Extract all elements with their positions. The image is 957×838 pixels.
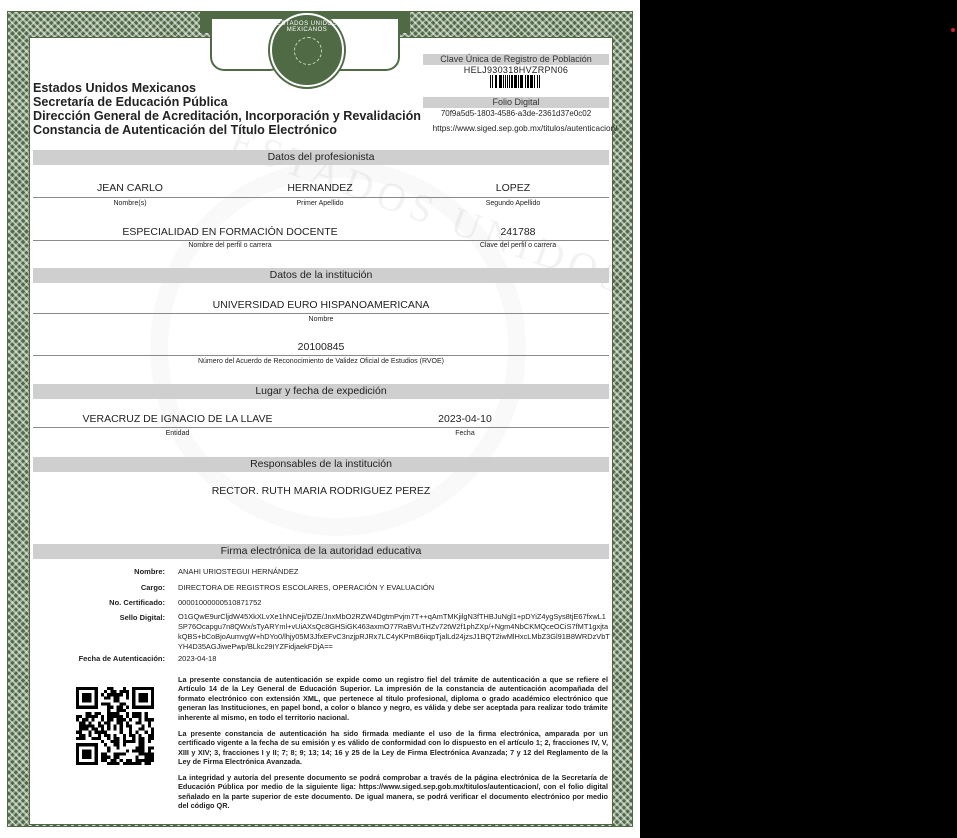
institucion-nombre-value: UNIVERSIDAD EURO HISPANOAMERICANA bbox=[33, 299, 609, 311]
nombre-label: Nombre(s) bbox=[60, 200, 200, 207]
section-institucion: Datos de la institución bbox=[33, 268, 609, 283]
qr-code-icon[interactable] bbox=[76, 687, 154, 765]
section-responsables: Responsables de la institución bbox=[33, 457, 609, 472]
rvoe-label: Número del Acuerdo de Reconocimiento de … bbox=[33, 358, 609, 365]
folio-block: Folio Digital 70f9a5d5-1803-4586-a3de-23… bbox=[423, 97, 609, 120]
issuer-titles: Estados Unidos Mexicanos Secretaría de E… bbox=[33, 81, 421, 137]
fecha-expedicion-label: Fecha bbox=[400, 430, 530, 437]
curp-label: Clave Única de Registro de Población bbox=[423, 54, 609, 65]
primer-apellido-label: Primer Apellido bbox=[250, 200, 390, 207]
entidad-value: VERACRUZ DE IGNACIO DE LA LLAVE bbox=[60, 413, 295, 425]
institucion-nombre-label: Nombre bbox=[33, 316, 609, 323]
verification-url[interactable]: https://www.siged.sep.gob.mx/titulos/aut… bbox=[410, 124, 640, 133]
fecha-expedicion-value: 2023-04-10 bbox=[400, 413, 530, 425]
curp-value: HELJ930318HVZRPN06 bbox=[423, 65, 609, 75]
segundo-apellido-value: LOPEZ bbox=[443, 182, 583, 194]
primer-apellido-value: HERNANDEZ bbox=[250, 182, 390, 194]
national-seal: ESTADOS UNIDOS MEXICANOS bbox=[200, 11, 410, 86]
legal-paragraph-2: La presente constancia de autenticación … bbox=[178, 729, 608, 767]
divider bbox=[33, 197, 609, 198]
document-page: ESTADOS UNIDOS MEXICANOS ESTADOS UNIDOS … bbox=[0, 0, 640, 838]
firma-fecha-value: 2023-04-18 bbox=[178, 654, 216, 663]
curp-block: Clave Única de Registro de Población HEL… bbox=[423, 54, 609, 88]
firma-certificado-label: No. Certificado: bbox=[109, 598, 165, 607]
directorate-title: Dirección General de Acreditación, Incor… bbox=[33, 109, 421, 123]
secretariat-title: Secretaría de Educación Pública bbox=[33, 95, 421, 109]
divider bbox=[33, 313, 609, 314]
segundo-apellido-label: Segundo Apellido bbox=[443, 200, 583, 207]
divider bbox=[33, 427, 609, 428]
firma-fecha-label: Fecha de Autenticación: bbox=[79, 654, 165, 663]
section-expedicion: Lugar y fecha de expedición bbox=[33, 384, 609, 399]
qr-code-graphic bbox=[76, 687, 154, 765]
nombre-value: JEAN CARLO bbox=[60, 182, 200, 194]
legal-paragraph-1: La presente constancia de autenticación … bbox=[178, 675, 608, 722]
document-title: Constancia de Autenticación del Título E… bbox=[33, 123, 421, 137]
section-profesionista: Datos del profesionista bbox=[33, 150, 609, 165]
folio-label: Folio Digital bbox=[423, 97, 609, 108]
clave-carrera-label: Clave del perfil o carrera bbox=[443, 242, 593, 249]
rvoe-value: 20100845 bbox=[33, 341, 609, 353]
carrera-value: ESPECIALIDAD EN FORMACIÓN DOCENTE bbox=[100, 226, 360, 238]
barcode-icon bbox=[461, 75, 571, 88]
eagle-seal-icon: ESTADOS UNIDOS MEXICANOS bbox=[270, 13, 344, 87]
firma-certificado-value: 00001000000510871752 bbox=[178, 598, 261, 607]
entidad-label: Entidad bbox=[60, 430, 295, 437]
firma-cargo-label: Cargo: bbox=[141, 583, 165, 592]
divider bbox=[33, 355, 609, 356]
sello-digital-value: O1GQwE9urCljdW45XkXLvXe1hNCeji/DZE/JnxMb… bbox=[178, 612, 610, 652]
section-firma: Firma electrónica de la autoridad educat… bbox=[33, 544, 609, 559]
folio-value: 70f9a5d5-1803-4586-a3de-2361d37e0c02 bbox=[423, 108, 609, 120]
firma-sello-label: Sello Digital: bbox=[120, 613, 165, 622]
responsable-value: RECTOR. RUTH MARIA RODRIGUEZ PEREZ bbox=[33, 485, 609, 497]
eagle-icon bbox=[294, 37, 322, 65]
seal-text: ESTADOS UNIDOS MEXICANOS bbox=[272, 21, 342, 33]
divider bbox=[33, 240, 609, 241]
legal-paragraph-3: La integridad y autoría del presente doc… bbox=[178, 773, 608, 811]
country-title: Estados Unidos Mexicanos bbox=[33, 81, 421, 95]
indicator-dot bbox=[951, 28, 955, 32]
firma-nombre-label: Nombre: bbox=[134, 567, 165, 576]
carrera-label: Nombre del perfil o carrera bbox=[100, 242, 360, 249]
clave-carrera-value: 241788 bbox=[443, 226, 593, 238]
firma-nombre-value: ANAHI URIOSTEGUI HERNÁNDEZ bbox=[178, 567, 298, 576]
firma-cargo-value: DIRECTORA DE REGISTROS ESCOLARES, OPERAC… bbox=[178, 583, 434, 592]
